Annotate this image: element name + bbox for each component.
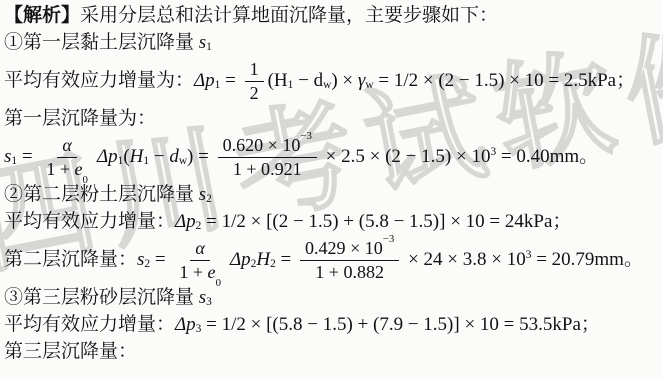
- document-lines: 【解析】采用分层总和法计算地面沉降量，主要步骤如下：①第一层黏土层沉降量 s1平…: [4, 4, 659, 364]
- fraction-numerator: 0.620 × 10−3: [218, 135, 317, 158]
- math-variable: d: [169, 145, 179, 169]
- layer3-stress-formula: 平均有效应力增量：Δp3 = 1/2 × [(5.8 − 1.5) + (7.9…: [4, 313, 659, 337]
- text-run: 第三层沉降量：: [4, 340, 137, 364]
- text-run: = 0.40mm。: [496, 145, 598, 169]
- text-run: 平均有效应力增量：: [4, 313, 175, 337]
- fraction-numerator: 0.429 × 10−3: [300, 238, 399, 261]
- text-run: 1 + 0.882: [315, 262, 384, 282]
- text-run: × 24 × 3.8 × 10: [403, 248, 525, 272]
- math-variable: s: [4, 145, 11, 169]
- text-run: = 1/2 × [(2 − 1.5) + (5.8 − 1.5)] × 10 =…: [201, 210, 571, 234]
- fraction: α1 + e0: [41, 135, 93, 180]
- fraction: 0.620 × 10−31 + 0.921: [218, 135, 317, 180]
- math-variable: e: [208, 262, 216, 282]
- fraction-denominator: 1 + 0.921: [228, 158, 307, 180]
- fraction: 0.429 × 10−31 + 0.882: [300, 238, 399, 283]
- text-run: 1: [250, 59, 259, 79]
- text-run: 0.429 × 10: [305, 238, 383, 258]
- math-variable: Δp: [97, 145, 118, 169]
- fraction-numerator: 1: [245, 59, 264, 82]
- text-run: =: [276, 248, 296, 272]
- math-variable: Δp: [175, 313, 196, 337]
- text-run: 第一层沉降量为：: [4, 107, 156, 131]
- text-run: ①第一层黏土层沉降量: [4, 31, 199, 55]
- superscript: −3: [300, 130, 312, 142]
- layer1-stress-formula: 平均有效应力增量为：Δp1 = 12(H1 − dw) × γw = 1/2 ×…: [4, 58, 659, 104]
- text-run: ②第二层粉土层沉降量: [4, 183, 199, 207]
- text-run: ) =: [187, 145, 214, 169]
- subscript: 0: [83, 174, 88, 186]
- math-variable: α: [62, 135, 71, 155]
- text-run: 采用分层总和法计算地面沉降量，主要步骤如下：: [80, 4, 498, 28]
- fraction-denominator: 1 + e0: [174, 261, 226, 283]
- math-variable: s: [137, 248, 144, 272]
- math-variable: γ: [358, 69, 366, 93]
- text-run: 0.620 × 10: [223, 135, 301, 155]
- subscript: 0: [216, 277, 221, 289]
- text-run: − d: [293, 69, 323, 93]
- solution-intro: 【解析】采用分层总和法计算地面沉降量，主要步骤如下：: [4, 4, 659, 28]
- math-variable: H: [130, 145, 144, 169]
- text-run: (H: [268, 69, 288, 93]
- text-run: 2: [250, 83, 259, 103]
- fraction: 12: [245, 59, 264, 104]
- layer3-heading: ③第三层粉砂层沉降量 s3: [4, 286, 659, 310]
- text-run: =: [150, 248, 170, 272]
- fraction-denominator: 1 + e0: [41, 158, 93, 180]
- math-variable: s: [199, 286, 206, 310]
- solution-document: 【解析】采用分层总和法计算地面沉降量，主要步骤如下：①第一层黏土层沉降量 s1平…: [0, 0, 663, 364]
- fraction-numerator: α: [190, 238, 209, 261]
- fraction: α1 + e0: [174, 238, 226, 283]
- superscript: −3: [383, 233, 395, 245]
- text-run: 1 + 0.921: [233, 159, 302, 179]
- text-run: ) ×: [331, 69, 358, 93]
- text-run: 平均有效应力增量为：: [4, 69, 194, 93]
- text-run: =: [17, 145, 37, 169]
- text-run: = 1/2 × (2 − 1.5) × 10 = 2.5kPa；: [374, 69, 636, 93]
- text-run: × 2.5 × (2 − 1.5) × 10: [321, 145, 491, 169]
- math-variable: Δp: [230, 248, 251, 272]
- text-run: =: [220, 69, 240, 93]
- math-variable: s: [199, 183, 206, 207]
- text-run: −: [149, 145, 169, 169]
- math-variable: H: [256, 248, 270, 272]
- layer1-settlement-formula: s1 = α1 + e0Δp1(H1 − dw) = 0.620 × 10−31…: [4, 134, 659, 180]
- layer3-settlement-label: 第三层沉降量：: [4, 340, 659, 364]
- fraction-denominator: 2: [245, 82, 264, 104]
- fraction-denominator: 1 + 0.882: [310, 261, 389, 283]
- math-variable: α: [195, 238, 204, 258]
- layer1-heading: ①第一层黏土层沉降量 s1: [4, 31, 659, 55]
- text-run: 1 +: [46, 159, 74, 179]
- math-variable: s: [199, 31, 206, 55]
- text-run: 平均有效应力增量：: [4, 210, 175, 234]
- layer2-heading: ②第二层粉土层沉降量 s2: [4, 183, 659, 207]
- layer2-settlement-formula: 第二层沉降量：s2 = α1 + e0Δp2H2 = 0.429 × 10−31…: [4, 237, 659, 283]
- bold-text-run: 【解析】: [4, 4, 80, 28]
- math-variable: e: [75, 159, 83, 179]
- math-variable: Δp: [194, 69, 215, 93]
- text-run: = 20.79mm。: [531, 248, 643, 272]
- layer2-stress-formula: 平均有效应力增量：Δp2 = 1/2 × [(2 − 1.5) + (5.8 −…: [4, 210, 659, 234]
- text-run: 第二层沉降量：: [4, 248, 137, 272]
- text-run: = 1/2 × [(5.8 − 1.5) + (7.9 − 1.5)] × 10…: [201, 313, 600, 337]
- text-run: 1 +: [179, 262, 207, 282]
- layer1-settlement-label: 第一层沉降量为：: [4, 107, 659, 131]
- fraction-numerator: α: [57, 135, 76, 158]
- text-run: ③第三层粉砂层沉降量: [4, 286, 199, 310]
- math-variable: Δp: [175, 210, 196, 234]
